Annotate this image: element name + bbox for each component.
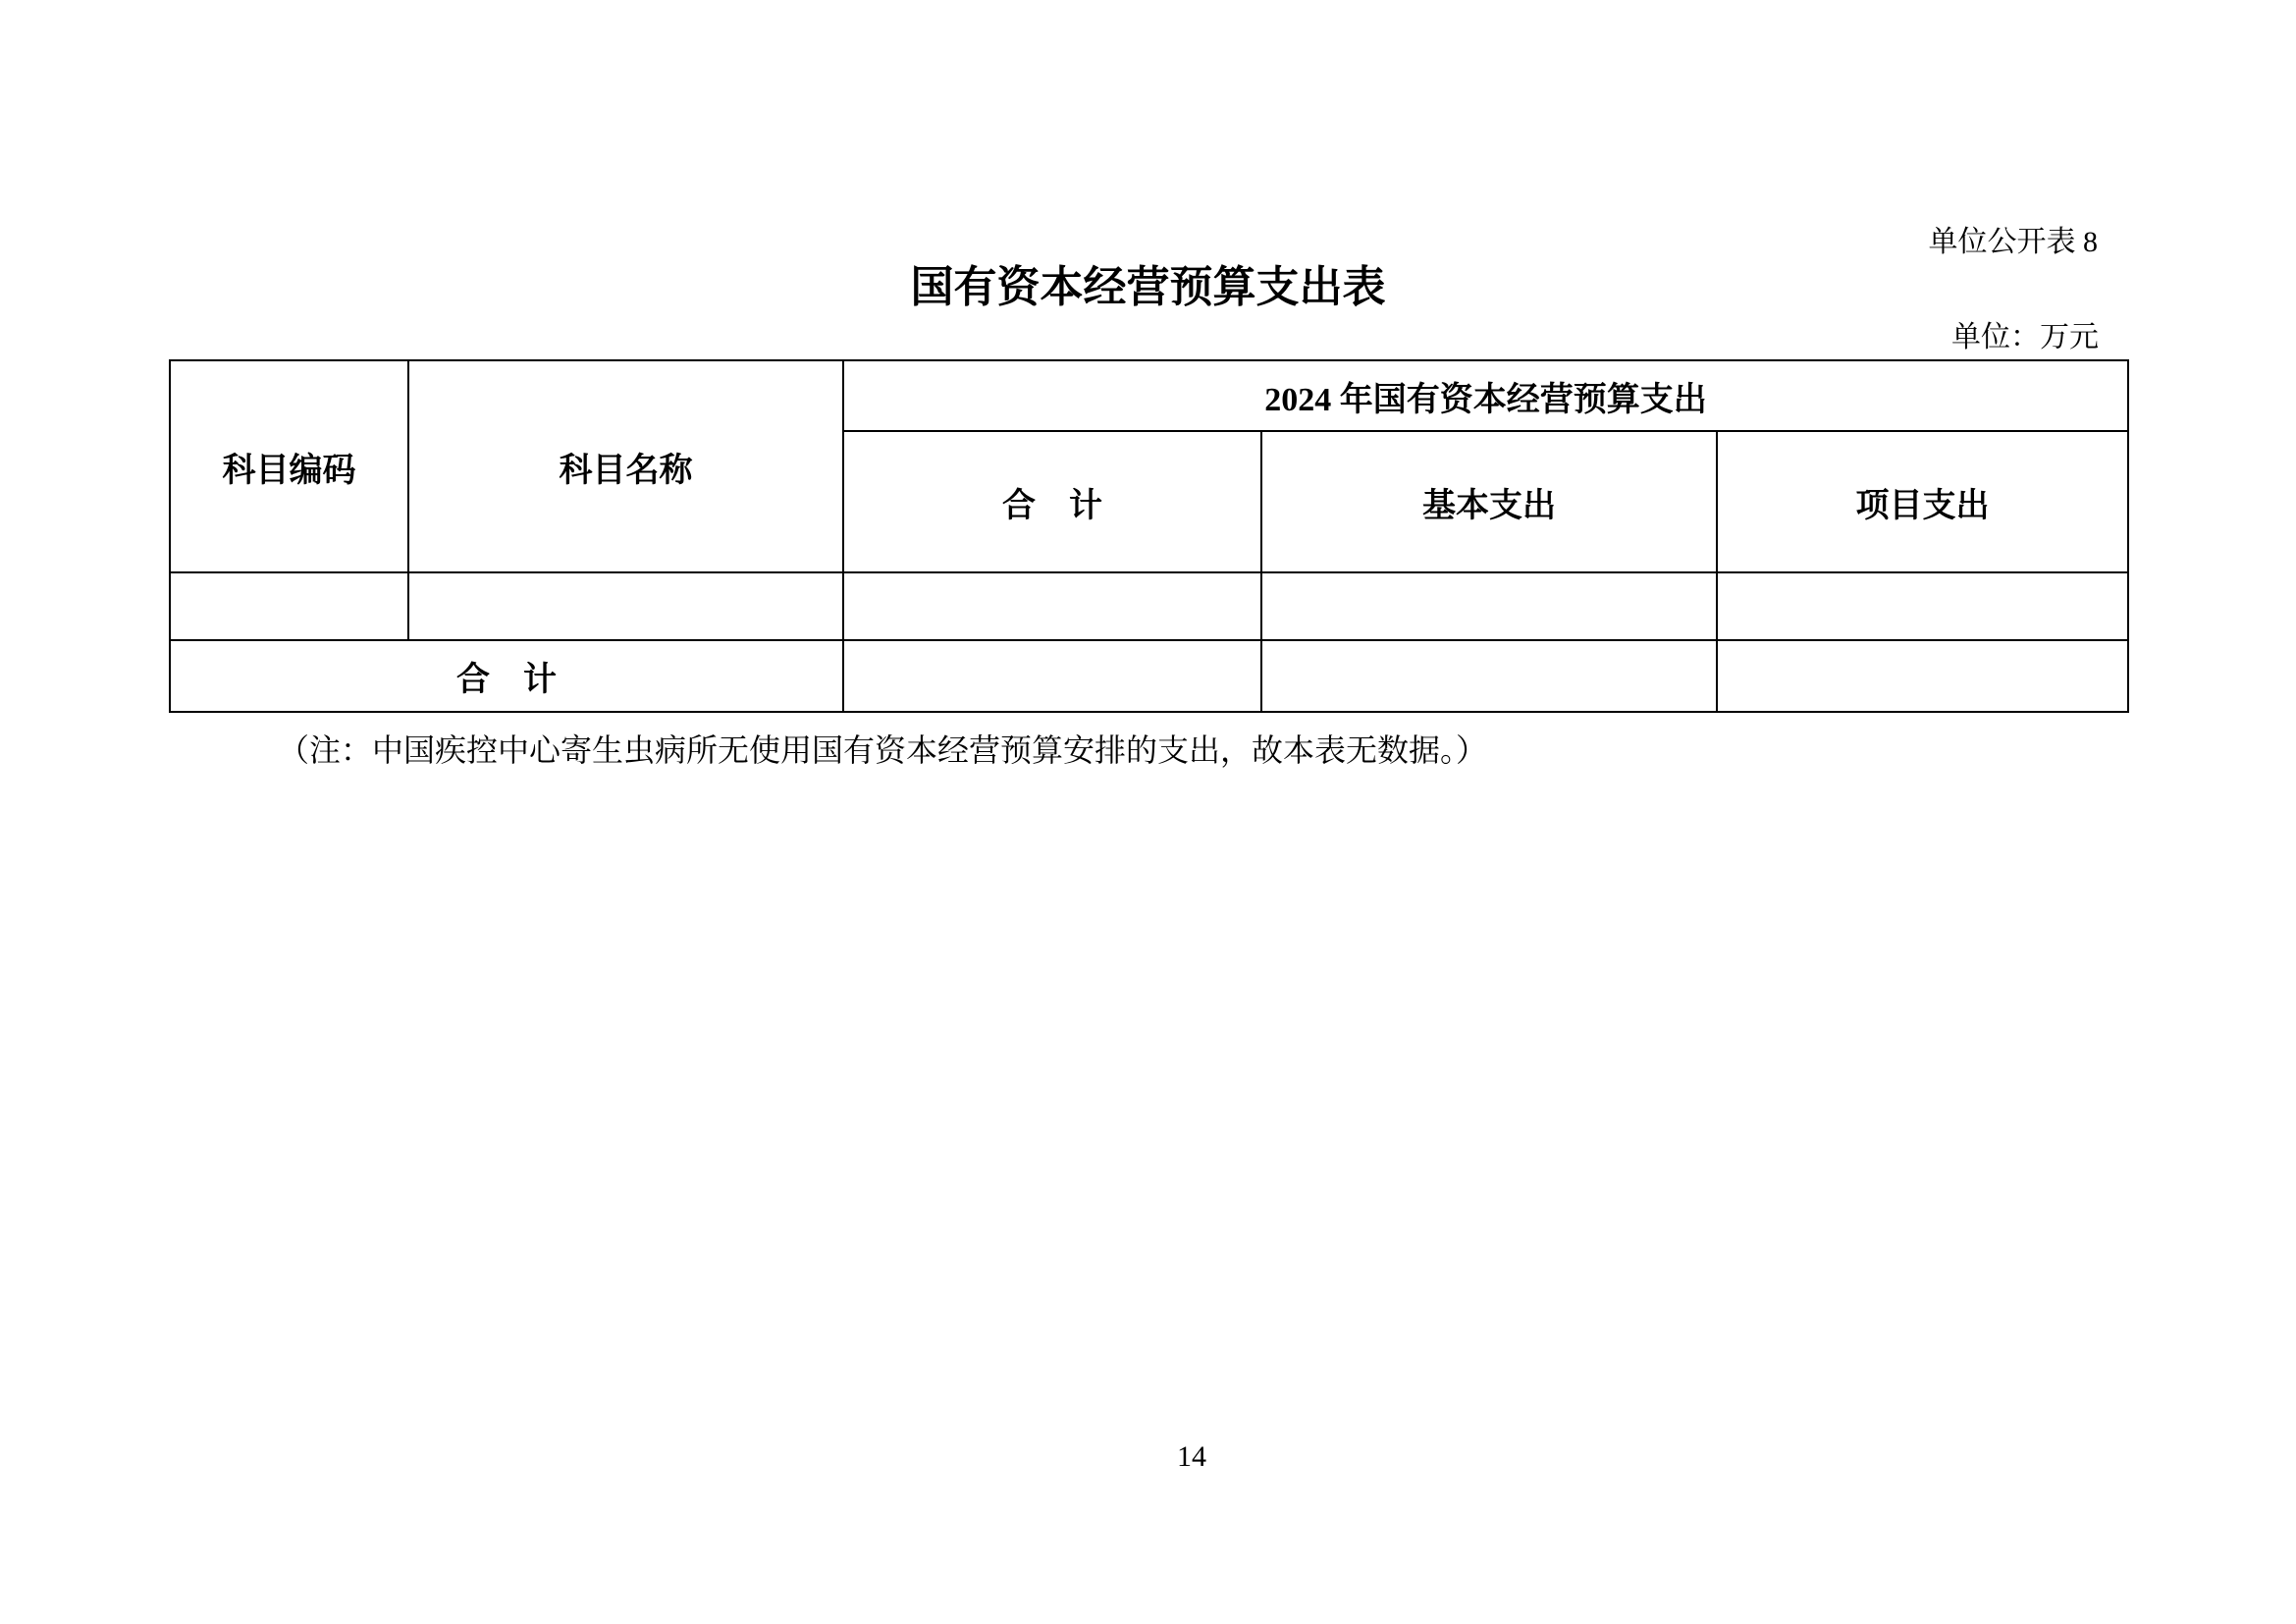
- document-page: 单位公开表 8 国有资本经营预算支出表 单位：万元 科目编码 科目名称 2024…: [0, 0, 2296, 1624]
- total-row-label: 合 计: [170, 640, 843, 712]
- total-row-total: [843, 640, 1261, 712]
- cell-subject-code: [170, 572, 408, 640]
- cell-total: [843, 572, 1261, 640]
- page-number: 14: [1177, 1440, 1206, 1474]
- table-row: [170, 572, 2128, 640]
- header-subject-name: 科目名称: [408, 360, 843, 572]
- doc-label: 单位公开表 8: [1929, 225, 2099, 260]
- header-basic-expenditure: 基本支出: [1261, 431, 1717, 572]
- budget-table: 科目编码 科目名称 2024 年国有资本经营预算支出 合 计 基本支出 项目支出…: [169, 359, 2129, 713]
- total-row-project-expenditure: [1717, 640, 2128, 712]
- table-header-row-1: 科目编码 科目名称 2024 年国有资本经营预算支出: [170, 360, 2128, 431]
- unit-label: 单位：万元: [1951, 320, 2099, 355]
- header-total: 合 计: [843, 431, 1261, 572]
- cell-basic-expenditure: [1261, 572, 1717, 640]
- header-subject-code: 科目编码: [170, 360, 408, 572]
- page-title: 国有资本经营预算支出表: [0, 263, 2296, 312]
- table-note: （注：中国疾控中心寄生虫病所无使用国有资本经营预算安排的支出，故本表无数据。）: [278, 730, 1487, 771]
- cell-project-expenditure: [1717, 572, 2128, 640]
- cell-subject-name: [408, 572, 843, 640]
- total-row-basic-expenditure: [1261, 640, 1717, 712]
- header-project-expenditure: 项目支出: [1717, 431, 2128, 572]
- table-total-row: 合 计: [170, 640, 2128, 712]
- header-year-group: 2024 年国有资本经营预算支出: [843, 360, 2128, 431]
